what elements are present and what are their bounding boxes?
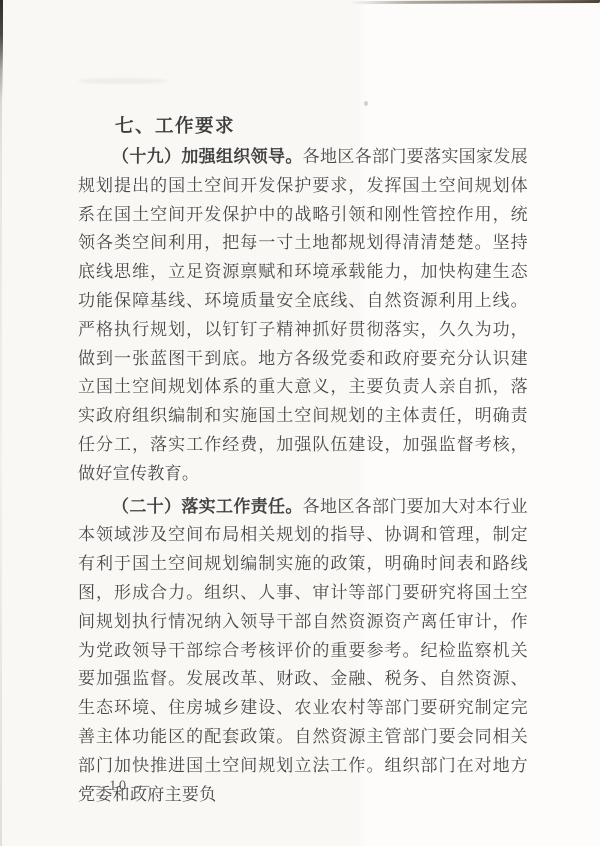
document-body: 七、工作要求 （十九）加强组织领导。各地区各部门要落实国家发展规划提出的国土空间…: [78, 113, 528, 809]
scan-artifact-left-edge: [0, 0, 2, 846]
scan-artifact-smudge: [78, 78, 168, 84]
scan-artifact-left-edge-dark: [0, 0, 3, 100]
paragraph-20: （二十）落实工作责任。各地区各部门要加大对本行业本领域涉及空间布局相关规划的指导…: [78, 493, 528, 810]
scan-artifact-speck: [364, 101, 368, 106]
paragraph-19-lead: （十九）加强组织领导。: [112, 147, 303, 166]
page-number: — 10 —: [86, 778, 152, 795]
paragraph-20-lead: （二十）落实工作责任。: [112, 497, 303, 516]
paragraph-19: （十九）加强组织领导。各地区各部门要落实国家发展规划提出的国土空间开发保护要求，…: [78, 143, 528, 489]
section-heading: 七、工作要求: [78, 113, 528, 142]
paragraph-19-text: 各地区各部门要落实国家发展规划提出的国土空间开发保护要求，发挥国土空间规划体系在…: [78, 147, 528, 483]
paragraph-20-text: 各地区各部门要加大对本行业本领域涉及空间布局相关规划的指导、协调和管理，制定有利…: [78, 497, 528, 804]
